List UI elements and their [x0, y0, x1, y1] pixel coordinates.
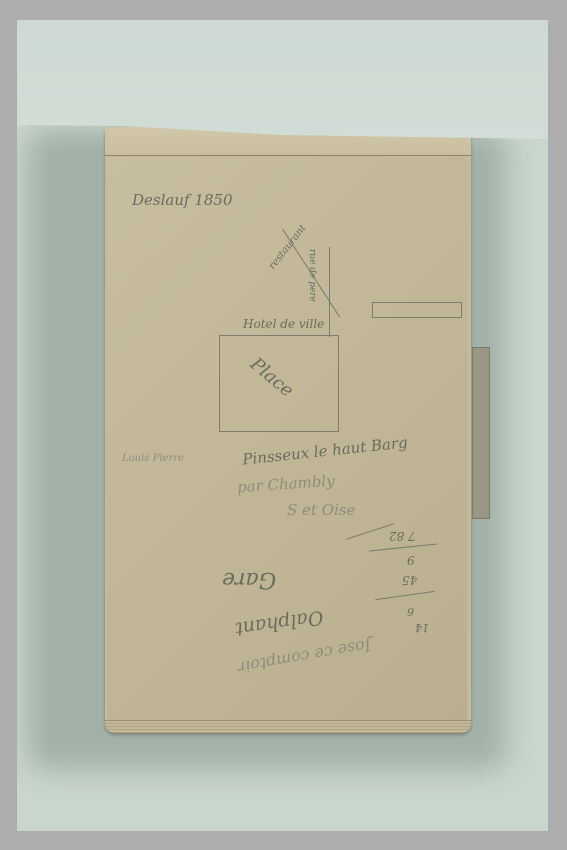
inverted-note-3: Jose ce comptoir: [236, 635, 372, 677]
page-edges: [105, 720, 471, 733]
street-label-vertical: rue de pere: [307, 249, 317, 302]
address-line-3: S et Oise: [287, 501, 355, 519]
street-line: [329, 247, 330, 337]
sum-line: [369, 543, 437, 551]
number: 6: [407, 605, 414, 618]
inverted-note-1: Gare: [222, 567, 276, 592]
number: 14: [415, 621, 429, 634]
photo-mount: Deslauf 1850 restaurant rue de pere Hote…: [17, 20, 548, 831]
small-rectangle-sketch: [372, 302, 462, 318]
inverted-note-2: Oalphant: [234, 606, 325, 640]
notebook: Deslauf 1850 restaurant rue de pere Hote…: [105, 127, 471, 733]
number: 45: [402, 573, 417, 587]
sum-line: [375, 591, 435, 600]
number: 9: [407, 553, 415, 567]
notebook-page: Deslauf 1850 restaurant rue de pere Hote…: [107, 157, 467, 723]
left-note: Louis Pierre: [122, 453, 184, 464]
top-card: [17, 20, 548, 148]
address-line-1: Pinsseux le haut Barg: [242, 433, 409, 468]
side-tab: [472, 347, 490, 519]
underline: [346, 523, 394, 539]
header-note: Deslauf 1850: [132, 191, 233, 209]
number: 7 82: [389, 529, 416, 543]
building-label: Hotel de ville: [243, 317, 324, 331]
street-label-diagonal: restaurant: [267, 223, 309, 272]
address-line-2: par Chambly: [236, 472, 335, 497]
